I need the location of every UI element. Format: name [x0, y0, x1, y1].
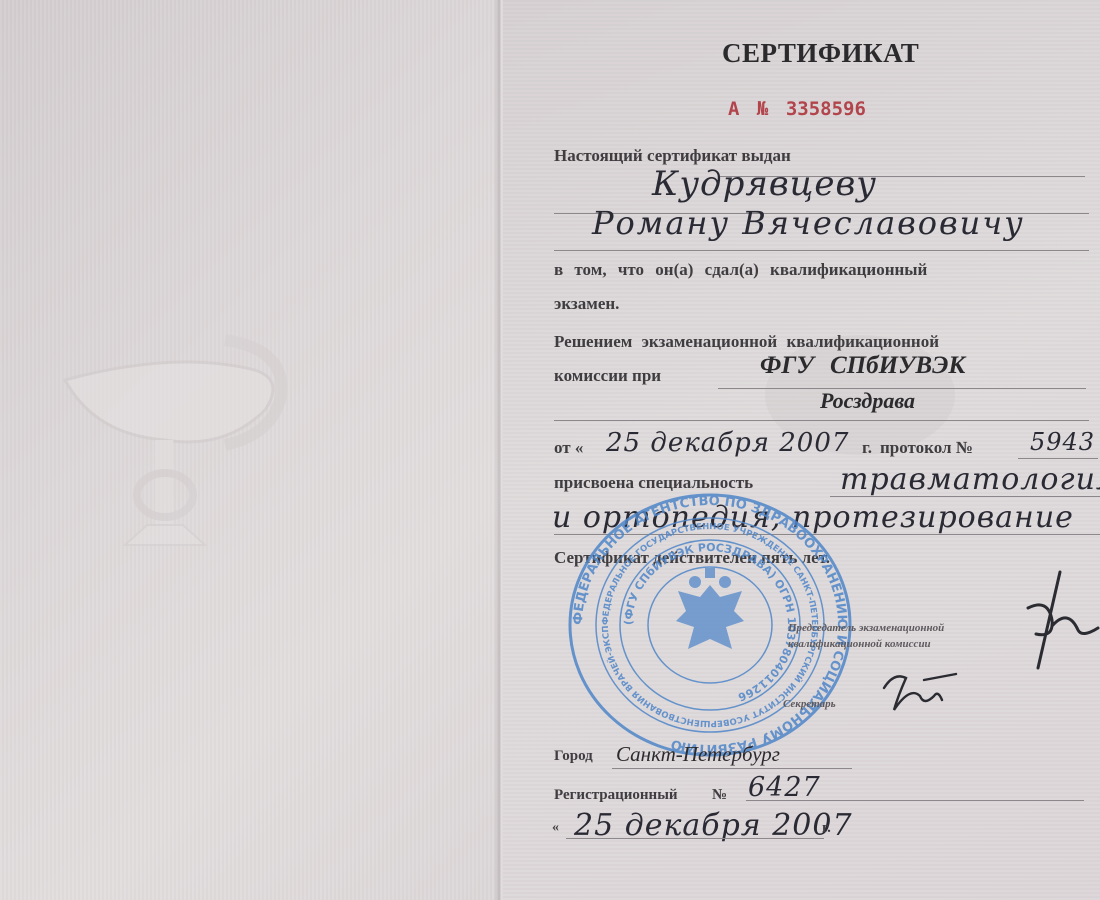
decision-label: Решением экзаменационной квалификационно…: [554, 332, 939, 352]
rule-line: [554, 420, 1089, 421]
passed-exam-text: в том, что он(а) сдал(а) квалификационны…: [554, 260, 927, 280]
certificate-serial-number: А № 3358596: [728, 98, 866, 120]
city-label: Город: [554, 748, 593, 765]
name-patronymic-handwritten: Роману Вячеславовичу: [592, 204, 1025, 242]
chairman-signature-icon: [1008, 568, 1100, 678]
rule-line: [830, 496, 1100, 497]
institution-ministry: Росздрава: [820, 388, 915, 414]
series-letter: А: [728, 98, 739, 120]
registration-number-handwritten: 6427: [748, 772, 821, 803]
certificate-number: 3358596: [786, 98, 866, 120]
issued-to-label: Настоящий сертификат выдан: [554, 146, 791, 166]
commission-label: комиссии при: [554, 366, 661, 386]
certificate-title: СЕРТИФИКАТ: [722, 38, 919, 69]
protocol-label: протокол №: [880, 438, 973, 458]
registration-number-sign: №: [712, 787, 727, 804]
passed-exam-text-end: экзамен.: [554, 294, 619, 314]
protocol-number-handwritten: 5943: [1030, 428, 1095, 456]
rule-line: [566, 838, 824, 839]
year-suffix: г.: [862, 438, 872, 458]
double-headed-eagle-icon: [676, 568, 744, 649]
rule-line: [1018, 458, 1098, 459]
rule-line: [612, 768, 852, 769]
number-sign: №: [757, 98, 768, 120]
issue-year-suffix: г.: [822, 820, 831, 837]
bowl-of-hygieia-watermark-icon: [55, 320, 295, 550]
issue-open-quote: «: [552, 820, 559, 836]
protocol-date-handwritten: 25 декабря 2007: [606, 428, 849, 458]
rule-line: [554, 250, 1089, 251]
secretary-signature-icon: [880, 666, 960, 716]
secretary-label: Секретарь: [783, 696, 836, 712]
chairman-label: Председатель экзаменационной квалификаци…: [788, 620, 944, 652]
city-value: Санкт-Петербург: [616, 742, 780, 767]
from-label: от «: [554, 438, 583, 458]
left-page: [0, 0, 500, 900]
surname-handwritten: Кудрявцеву: [652, 164, 877, 204]
registration-label: Регистрационный: [554, 787, 678, 804]
rule-line: [746, 800, 1084, 801]
specialty-handwritten-line1: травматология: [840, 462, 1100, 497]
institution-name: ФГУ СПбИУВЭК: [760, 352, 965, 380]
